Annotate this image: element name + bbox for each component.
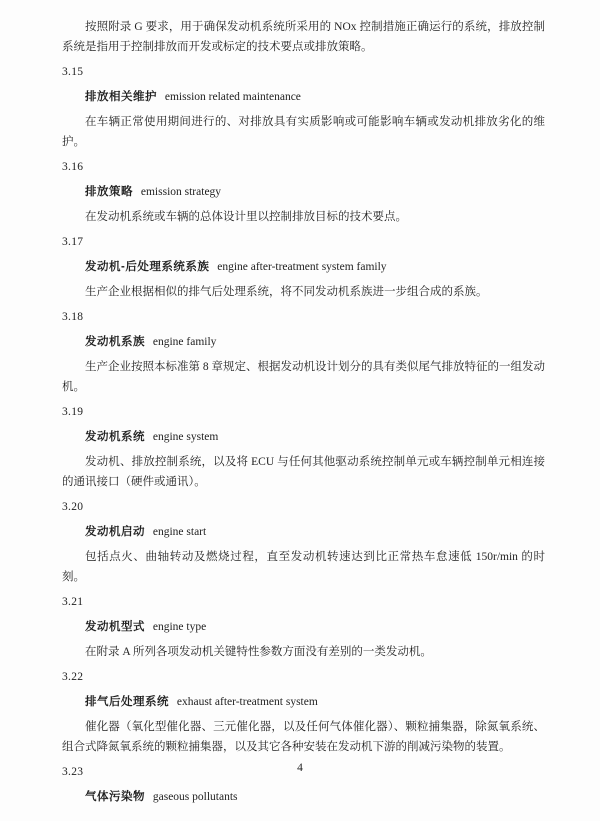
page-number: 4 [0, 761, 600, 775]
term-chinese: 气体污染物 [85, 791, 145, 803]
term-line: 排放策略 emission strategy [62, 182, 545, 202]
term-chinese: 发动机系统 [85, 431, 145, 443]
term-chinese: 发动机型式 [85, 621, 145, 633]
term-english: emission related maintenance [165, 91, 301, 103]
term-english: engine after-treatment system family [217, 261, 386, 273]
term-definition: 生产企业根据相似的排气后处理系统，将不同发动机系族进一步组合成的系族。 [62, 282, 545, 302]
section-number: 3.19 [62, 402, 545, 422]
term-chinese: 发动机-后处理系统系族 [85, 261, 209, 273]
term-line: 发动机系族 engine family [62, 332, 545, 352]
term-chinese: 发动机启动 [85, 526, 145, 538]
term-definition-section: 3.22 排气后处理系统 exhaust after-treatment sys… [62, 667, 545, 757]
term-line: 发动机-后处理系统系族 engine after-treatment syste… [62, 257, 545, 277]
term-definition-section: 3.17 发动机-后处理系统系族 engine after-treatment … [62, 232, 545, 302]
section-number: 3.20 [62, 497, 545, 517]
term-chinese: 排放相关维护 [85, 91, 157, 103]
intro-paragraph: 按照附录 G 要求，用于确保发动机系统所采用的 NOx 控制措施正确运行的系统，… [62, 17, 545, 57]
definitions-list: 3.15 排放相关维护 emission related maintenance… [62, 62, 545, 807]
term-line: 排放相关维护 emission related maintenance [62, 87, 545, 107]
section-number: 3.18 [62, 307, 545, 327]
term-definition: 在车辆正常使用期间进行的、对排放具有实质影响或可能影响车辆或发动机排放劣化的维护… [62, 112, 545, 152]
term-definition: 在附录 A 所列各项发动机关键特性参数方面没有差别的一类发动机。 [62, 642, 545, 662]
section-number: 3.17 [62, 232, 545, 252]
term-definition-section: 3.16 排放策略 emission strategy 在发动机系统或车辆的总体… [62, 157, 545, 227]
section-number: 3.15 [62, 62, 545, 82]
term-definition-section: 3.21 发动机型式 engine type 在附录 A 所列各项发动机关键特性… [62, 592, 545, 662]
term-english: exhaust after-treatment system [177, 696, 318, 708]
term-line: 气体污染物 gaseous pollutants [62, 787, 545, 807]
term-definition: 包括点火、曲轴转动及燃烧过程，直至发动机转速达到比正常热车怠速低 150r/mi… [62, 547, 545, 587]
term-english: emission strategy [141, 186, 221, 198]
term-english: gaseous pollutants [153, 791, 238, 803]
section-number: 3.22 [62, 667, 545, 687]
term-chinese: 排放策略 [85, 186, 133, 198]
term-line: 排气后处理系统 exhaust after-treatment system [62, 692, 545, 712]
term-definition-section: 3.19 发动机系统 engine system 发动机、排放控制系统，以及将 … [62, 402, 545, 492]
term-english: engine type [153, 621, 206, 633]
term-line: 发动机型式 engine type [62, 617, 545, 637]
term-chinese: 发动机系族 [85, 336, 145, 348]
document-page: 按照附录 G 要求，用于确保发动机系统所采用的 NOx 控制措施正确运行的系统，… [0, 0, 600, 821]
section-number: 3.16 [62, 157, 545, 177]
term-chinese: 排气后处理系统 [85, 696, 169, 708]
section-number: 3.21 [62, 592, 545, 612]
term-line: 发动机启动 engine start [62, 522, 545, 542]
term-english: engine start [153, 526, 206, 538]
term-definition: 催化器（氧化型催化器、三元催化器，以及任何气体催化器）、颗粒捕集器，除氮氧系统、… [62, 717, 545, 757]
term-definition: 生产企业按照本标准第 8 章规定、根据发动机设计划分的具有类似尾气排放特征的一组… [62, 357, 545, 397]
term-definition: 在发动机系统或车辆的总体设计里以控制排放目标的技术要点。 [62, 207, 545, 227]
term-definition-section: 3.15 排放相关维护 emission related maintenance… [62, 62, 545, 152]
term-english: engine system [153, 431, 218, 443]
term-line: 发动机系统 engine system [62, 427, 545, 447]
term-english: engine family [153, 336, 217, 348]
term-definition-section: 3.20 发动机启动 engine start 包括点火、曲轴转动及燃烧过程，直… [62, 497, 545, 587]
term-definition: 发动机、排放控制系统，以及将 ECU 与任何其他驱动系统控制单元或车辆控制单元相… [62, 452, 545, 492]
term-definition-section: 3.18 发动机系族 engine family 生产企业按照本标准第 8 章规… [62, 307, 545, 397]
